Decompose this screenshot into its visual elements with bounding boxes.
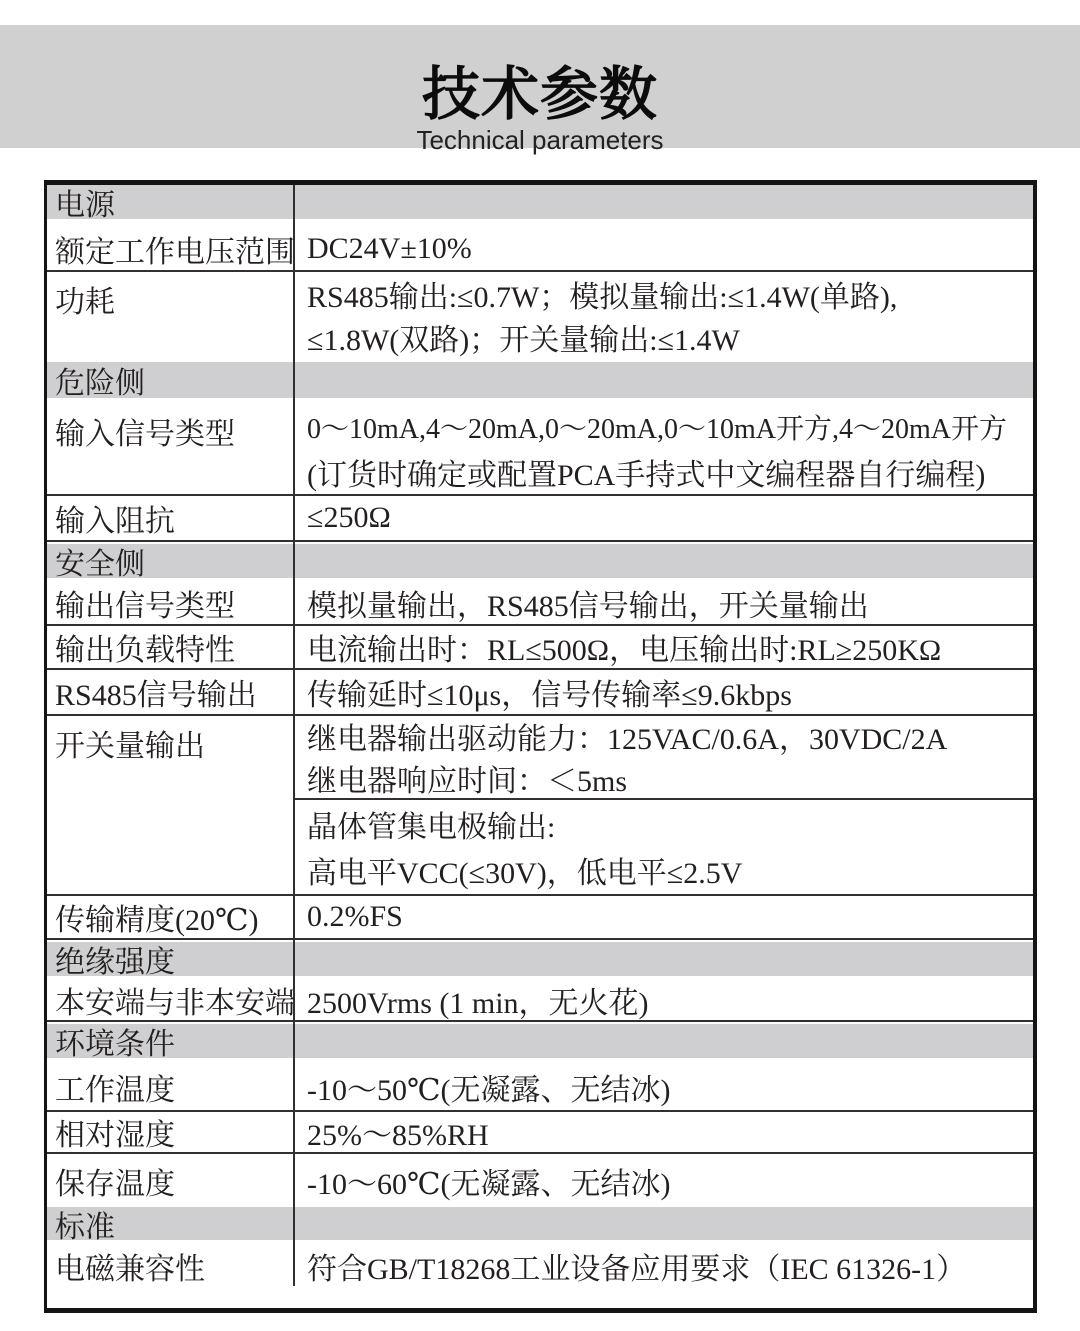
row-label: 输出信号类型 (47, 582, 295, 624)
row-label: 额定工作电压范围 (47, 228, 295, 270)
row-label: 开关量输出 (47, 716, 295, 894)
section-label: 标准 (47, 1207, 295, 1240)
row-label: 传输精度(20℃) (47, 896, 295, 938)
section-label: 环境条件 (47, 1024, 295, 1058)
row-label: 相对湿度 (47, 1112, 295, 1152)
section-cell-empty (295, 544, 1033, 578)
spacer-cell (295, 219, 1033, 228)
row-value: -10～50℃(无凝露、无结冰) (295, 1064, 1033, 1110)
row-label: 输入信号类型 (47, 404, 295, 494)
row-value: 0～10mA,4～20mA,0～20mA,0～10mA开方,4～20mA开方 (… (295, 404, 1033, 494)
row-value: DC24V±10% (295, 228, 1033, 270)
section-cell-empty (295, 362, 1033, 398)
value-line: RS485输出:≤0.7W；模拟量输出:≤1.4W(单路), (307, 272, 1033, 315)
section-label: 绝缘强度 (47, 942, 295, 976)
value-subcell: 晶体管集电极输出: 高电平VCC(≤30V)，低电平≤2.5V (295, 800, 1033, 894)
section-cell-empty (295, 1207, 1033, 1240)
section-row: 安全侧 (47, 544, 1033, 578)
row-label: 电磁兼容性 (47, 1246, 295, 1286)
row-label: 保存温度 (47, 1154, 295, 1207)
row-label: 功耗 (47, 272, 295, 358)
value-line: 继电器响应时间：＜5ms (307, 757, 1033, 799)
row-value: 0.2%FS (295, 896, 1033, 938)
table-row: 开关量输出 继电器输出驱动能力：125VAC/0.6A，30VDC/2A 继电器… (47, 716, 1033, 896)
table-row: 功耗 RS485输出:≤0.7W；模拟量输出:≤1.4W(单路), ≤1.8W(… (47, 272, 1033, 358)
row-value: 继电器输出驱动能力：125VAC/0.6A，30VDC/2A 继电器响应时间：＜… (295, 716, 1033, 894)
header-band: 技术参数 Technical parameters (0, 25, 1080, 148)
parameters-table: 电源 额定工作电压范围 DC24V±10% 功耗 RS485输出:≤0.7W；模… (44, 180, 1037, 1313)
section-cell-empty (295, 1024, 1033, 1058)
table-row: 电磁兼容性 符合GB/T18268工业设备应用要求（IEC 61326-1） (47, 1246, 1033, 1286)
row-value: -10～60℃(无凝露、无结冰) (295, 1154, 1033, 1207)
value-line: 高电平VCC(≤30V)，低电平≤2.5V (307, 847, 1033, 893)
table-row: 传输精度(20℃) 0.2%FS (47, 896, 1033, 940)
value-subcell: 继电器输出驱动能力：125VAC/0.6A，30VDC/2A 继电器响应时间：＜… (295, 716, 1033, 800)
row-value: 电流输出时：RL≤500Ω，电压输出时:RL≥250KΩ (295, 626, 1033, 668)
row-value: 25%～85%RH (295, 1112, 1033, 1152)
table-row: 工作温度 -10～50℃(无凝露、无结冰) (47, 1064, 1033, 1112)
row-label: 输入阻抗 (47, 496, 295, 540)
section-label: 危险侧 (47, 362, 295, 398)
section-row: 环境条件 (47, 1024, 1033, 1058)
row-value: RS485输出:≤0.7W；模拟量输出:≤1.4W(单路), ≤1.8W(双路)… (295, 272, 1033, 358)
table-row: 输入信号类型 0～10mA,4～20mA,0～20mA,0～10mA开方,4～2… (47, 404, 1033, 496)
value-line: (订货时确定或配置PCA手持式中文编程器自行编程) (307, 449, 1033, 494)
section-row: 标准 (47, 1207, 1033, 1240)
page: 技术参数 Technical parameters 电源 额定工作电压范围 DC… (0, 0, 1080, 1331)
page-subtitle: Technical parameters (0, 126, 1080, 154)
row-label: RS485信号输出 (47, 670, 295, 714)
row-label: 输出负载特性 (47, 626, 295, 668)
section-row: 绝缘强度 (47, 942, 1033, 976)
row-value: 传输延时≤10μs，信号传输率≤9.6kbps (295, 670, 1033, 714)
table-row: 输出信号类型 模拟量输出，RS485信号输出，开关量输出 (47, 582, 1033, 626)
table-row: 保存温度 -10～60℃(无凝露、无结冰) (47, 1154, 1033, 1207)
section-label: 电源 (47, 185, 295, 219)
table-row: 输入阻抗 ≤250Ω (47, 496, 1033, 542)
row-value: 模拟量输出，RS485信号输出，开关量输出 (295, 582, 1033, 624)
row-value: 2500Vrms (1 min，无火花) (295, 980, 1033, 1020)
value-line: 0～10mA,4～20mA,0～20mA,0～10mA开方,4～20mA开方 (307, 404, 1033, 449)
row-label: 工作温度 (47, 1064, 295, 1110)
table-row: 额定工作电压范围 DC24V±10% (47, 228, 1033, 272)
value-line: 继电器输出驱动能力：125VAC/0.6A，30VDC/2A (307, 715, 1033, 757)
section-cell-empty (295, 185, 1033, 219)
value-line: 晶体管集电极输出: (307, 801, 1033, 847)
table-row: RS485信号输出 传输延时≤10μs，信号传输率≤9.6kbps (47, 670, 1033, 716)
section-row: 电源 (47, 185, 1033, 219)
page-title: 技术参数 (0, 65, 1080, 125)
section-row: 危险侧 (47, 362, 1033, 398)
section-label: 安全侧 (47, 544, 295, 578)
row-value: 符合GB/T18268工业设备应用要求（IEC 61326-1） (295, 1246, 1033, 1286)
table-row: 相对湿度 25%～85%RH (47, 1112, 1033, 1154)
section-cell-empty (295, 942, 1033, 976)
table-row: 输出负载特性 电流输出时：RL≤500Ω，电压输出时:RL≥250KΩ (47, 626, 1033, 670)
row-label: 本安端与非本安端 (47, 980, 295, 1020)
value-line: ≤1.8W(双路)；开关量输出:≤1.4W (307, 315, 1033, 358)
row-value: ≤250Ω (295, 496, 1033, 540)
table-row: 本安端与非本安端 2500Vrms (1 min，无火花) (47, 980, 1033, 1022)
